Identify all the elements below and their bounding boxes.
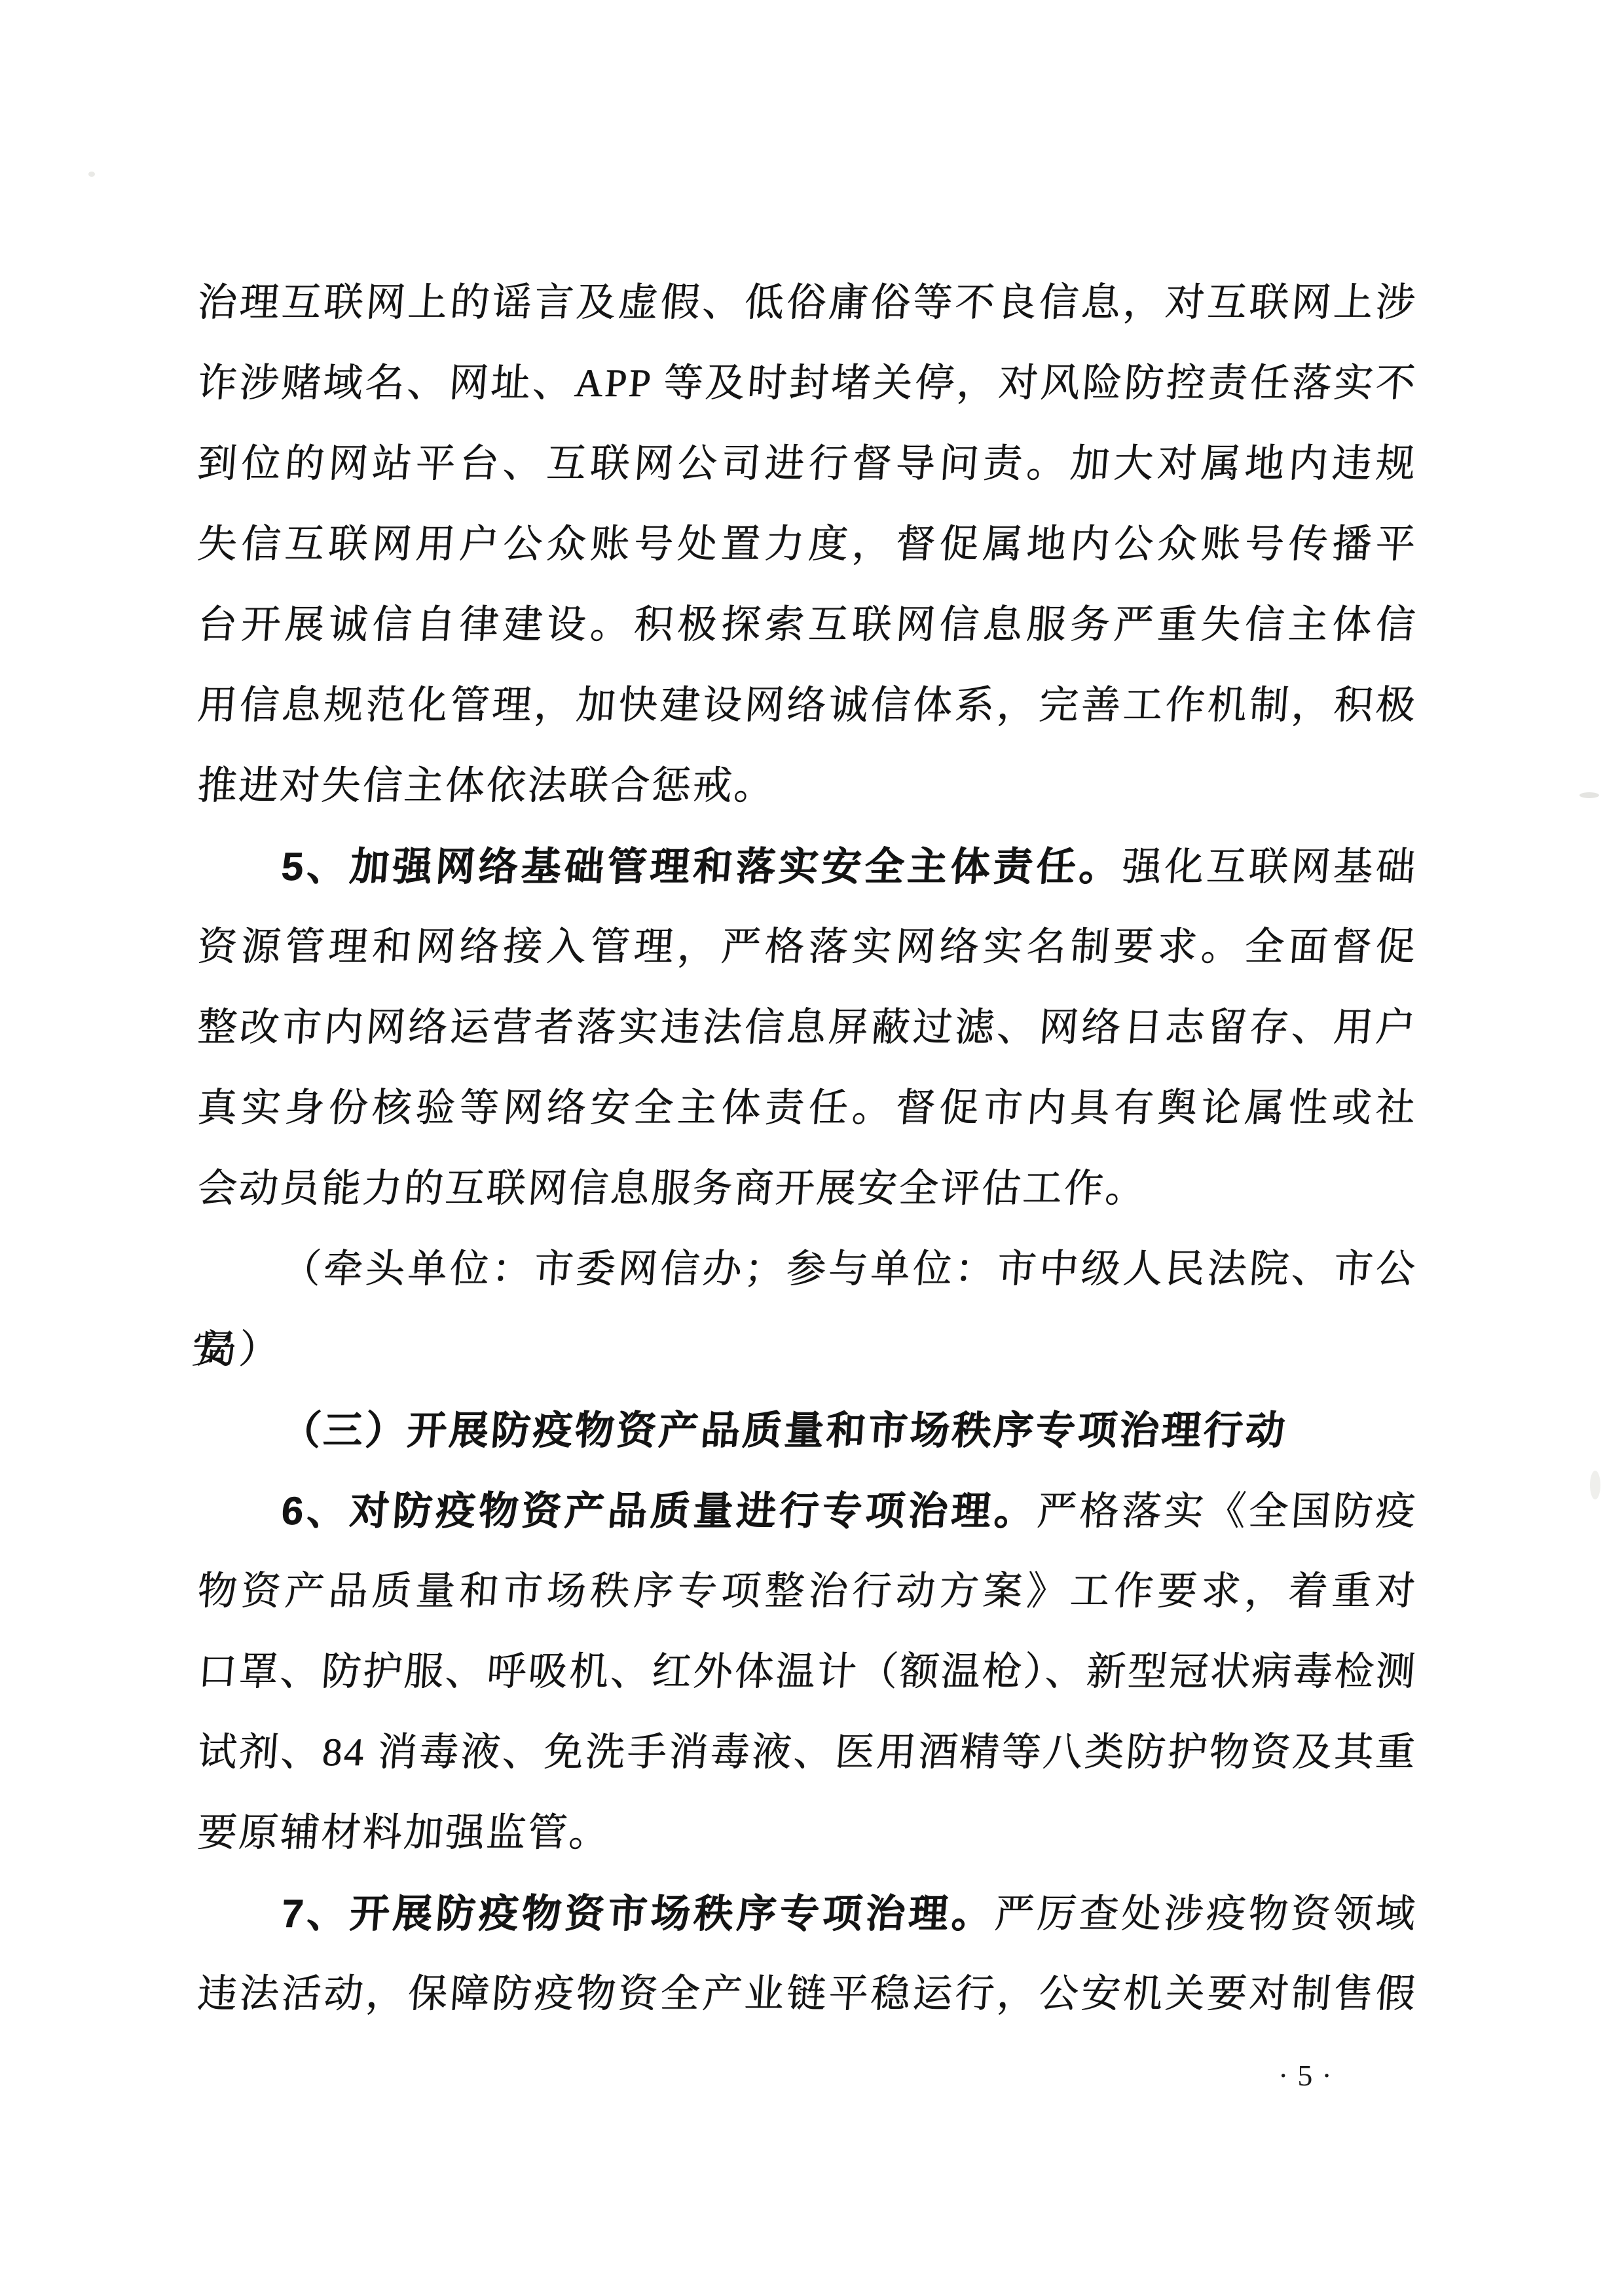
- text-line: 用信息规范化管理，加快建设网络诚信体系，完善工作机制，积极: [195, 665, 1420, 746]
- text-line: 局）: [195, 1310, 1420, 1390]
- text-line: 整改市内网络运营者落实违法信息屏蔽过滤、网络日志留存、用户: [195, 987, 1420, 1068]
- text-line: 真实身份核验等网络安全主体责任。督促市内具有舆论属性或社: [195, 1068, 1420, 1148]
- text-segment: 诈涉赌域名、网址、APP 等及时封堵关停，对风险防控责任落实不: [196, 361, 1419, 405]
- text-segment: 试剂、84 消毒液、免洗手消毒液、医用酒精等八类防护物资及其重: [196, 1731, 1419, 1774]
- document-page: 治理互联网上的谣言及虚假、低俗庸俗等不良信息，对互联网上涉诈涉赌域名、网址、AP…: [0, 0, 1624, 2295]
- text-segment: 到位的网站平台、互联网公司进行督导问责。加大对属地内违规: [196, 442, 1419, 485]
- text-segment: 违法活动，保障防疫物资全产业链平稳运行，公安机关要对制售假: [196, 1972, 1419, 2015]
- text-line: 治理互联网上的谣言及虚假、低俗庸俗等不良信息，对互联网上涉: [195, 263, 1420, 343]
- text-line: （牵头单位：市委网信办；参与单位：市中级人民法院、市公安: [195, 1229, 1420, 1310]
- text-segment: 整改市内网络运营者落实违法信息屏蔽过滤、网络日志留存、用户: [196, 1006, 1419, 1049]
- text-line: 台开展诚信自律建设。积极探索互联网信息服务严重失信主体信: [195, 585, 1420, 665]
- text-line: 7、开展防疫物资市场秩序专项治理。严厉查处涉疫物资领域: [195, 1873, 1420, 1954]
- text-line: 会动员能力的互联网信息服务商开展安全评估工作。: [195, 1148, 1420, 1229]
- text-segment: 严格落实《全国防疫: [1036, 1490, 1418, 1533]
- text-line: 口罩、防护服、呼吸机、红外体温计（额温枪）、新型冠状病毒检测: [195, 1632, 1420, 1712]
- text-segment: 资源管理和网络接入管理，严格落实网络实名制要求。全面督促: [196, 925, 1419, 968]
- text-segment: 失信互联网用户公众账号处置力度，督促属地内公众账号传播平: [196, 523, 1419, 566]
- text-line: 推进对失信主体依法联合惩戒。: [195, 746, 1420, 826]
- bold-text-segment: 7、开展防疫物资市场秩序专项治理。: [280, 1892, 997, 1936]
- text-line: 5、加强网络基础管理和落实安全主体责任。强化互联网基础: [195, 826, 1420, 907]
- page-number: ·5·: [1278, 2056, 1341, 2095]
- text-line: 要原辅材料加强监管。: [195, 1793, 1420, 1873]
- text-line: 违法活动，保障防疫物资全产业链平稳运行，公安机关要对制售假: [195, 1954, 1420, 2034]
- text-segment: 真实身份核验等网络安全主体责任。督促市内具有舆论属性或社: [196, 1086, 1419, 1129]
- bold-text-segment: 6、对防疫物资产品质量进行专项治理。: [280, 1489, 1039, 1533]
- text-segment: 物资产品质量和市场秩序专项整治行动方案》工作要求，着重对: [196, 1570, 1419, 1613]
- scan-speck: [1590, 1471, 1600, 1499]
- text-segment: 用信息规范化管理，加快建设网络诚信体系，完善工作机制，积极: [196, 684, 1419, 727]
- text-segment: 推进对失信主体依法联合惩戒。: [196, 764, 777, 807]
- bold-text-segment: 5、加强网络基础管理和落实安全主体责任。: [280, 845, 1124, 889]
- bold-text-segment: （三）开展防疫物资产品质量和市场秩序专项治理行动: [280, 1408, 1289, 1452]
- text-segment: 强化互联网基础: [1121, 845, 1419, 889]
- text-line: 到位的网站平台、互联网公司进行督导问责。加大对属地内违规: [195, 424, 1420, 504]
- text-segment: 会动员能力的互联网信息服务商开展安全评估工作。: [196, 1167, 1149, 1210]
- text-segment: 要原辅材料加强监管。: [196, 1811, 612, 1854]
- text-line: 物资产品质量和市场秩序专项整治行动方案》工作要求，着重对: [195, 1551, 1420, 1632]
- text-line: 资源管理和网络接入管理，严格落实网络实名制要求。全面督促: [195, 907, 1420, 987]
- scan-speck: [88, 172, 95, 177]
- text-segment: 严厉查处涉疫物资领域: [993, 1892, 1418, 1936]
- text-line: 失信互联网用户公众账号处置力度，督促属地内公众账号传播平: [195, 504, 1420, 585]
- text-line: 试剂、84 消毒液、免洗手消毒液、医用酒精等八类防护物资及其重: [195, 1712, 1420, 1793]
- text-segment: 口罩、防护服、呼吸机、红外体温计（额温枪）、新型冠状病毒检测: [196, 1650, 1419, 1693]
- text-segment: 治理互联网上的谣言及虚假、低俗庸俗等不良信息，对互联网上涉: [196, 281, 1419, 324]
- text-line: 诈涉赌域名、网址、APP 等及时封堵关停，对风险防控责任落实不: [195, 343, 1420, 424]
- text-segment: 局）: [196, 1328, 282, 1371]
- text-block: 治理互联网上的谣言及虚假、低俗庸俗等不良信息，对互联网上涉诈涉赌域名、网址、AP…: [198, 263, 1417, 2034]
- text-line: 6、对防疫物资产品质量进行专项治理。严格落实《全国防疫: [195, 1471, 1420, 1551]
- scan-speck: [1579, 792, 1599, 798]
- text-line: （三）开展防疫物资产品质量和市场秩序专项治理行动: [195, 1390, 1420, 1471]
- text-segment: 台开展诚信自律建设。积极探索互联网信息服务严重失信主体信: [196, 603, 1419, 646]
